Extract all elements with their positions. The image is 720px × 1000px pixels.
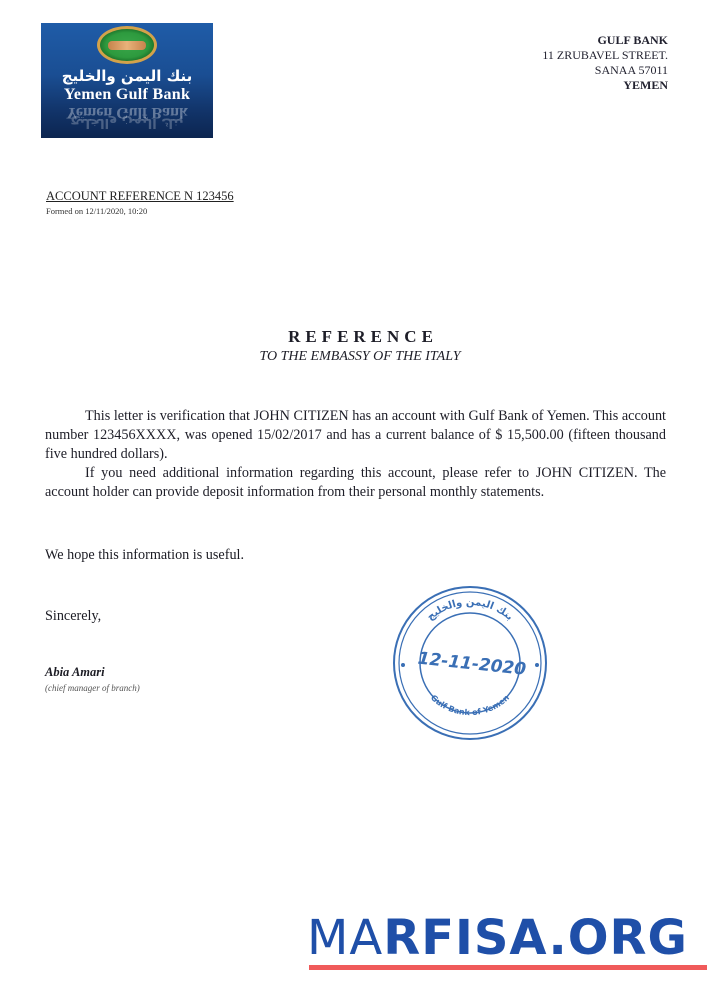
bank-address: GULF BANK 11 ZRUBAVEL STREET. SANAA 5701… — [542, 33, 668, 93]
signer-name: Abia Amari — [45, 665, 105, 680]
handshake-emblem-icon — [97, 26, 157, 64]
watermark-underline — [309, 965, 707, 970]
logo-arabic-name: بنك اليمن والخليج — [41, 67, 213, 85]
paragraph-verification: This letter is verification that JOHN CI… — [45, 407, 666, 464]
watermark-logo: MARFISA.ORG — [307, 910, 688, 966]
document-subtitle: TO THE EMBASSY OF THE ITALY — [0, 349, 720, 365]
signer-title: (chief manager of branch) — [45, 683, 140, 693]
bank-street: 11 ZRUBAVEL STREET. — [542, 48, 668, 63]
stamp-date: 12-11-2020 — [417, 649, 527, 680]
stamp-top-text: بنك اليمن والخليج — [425, 597, 515, 623]
stamp-bottom-text: Gulf Bank of Yemen — [429, 693, 511, 717]
logo-reflection-arabic: بنك اليمن والخليج — [41, 115, 213, 130]
closing-sincerely: Sincerely, — [45, 608, 101, 625]
bank-logo: بنك اليمن والخليج Yemen Gulf Bank Yemen … — [41, 23, 213, 138]
paragraph-additional-info: If you need additional information regar… — [45, 464, 666, 502]
letter-body: This letter is verification that JOHN CI… — [45, 407, 666, 502]
watermark-bold: RFISA.ORG — [383, 910, 688, 966]
account-reference: ACCOUNT REFERENCE N 123456 — [46, 189, 234, 204]
logo-english-name: Yemen Gulf Bank — [41, 86, 213, 104]
watermark-light: MA — [307, 910, 383, 966]
formed-on: Formed on 12/11/2020, 10:20 — [46, 206, 147, 216]
document-title: REFERENCE — [0, 327, 720, 347]
svg-text:Gulf Bank of Yemen: Gulf Bank of Yemen — [429, 693, 511, 717]
bank-stamp: بنك اليمن والخليج Gulf Bank of Yemen 12-… — [390, 583, 550, 743]
bank-name: GULF BANK — [542, 33, 668, 48]
bank-city: SANAA 57011 — [542, 63, 668, 78]
svg-text:بنك اليمن والخليج: بنك اليمن والخليج — [425, 597, 515, 623]
bank-country: YEMEN — [542, 78, 668, 93]
closing-hope: We hope this information is useful. — [45, 547, 244, 564]
